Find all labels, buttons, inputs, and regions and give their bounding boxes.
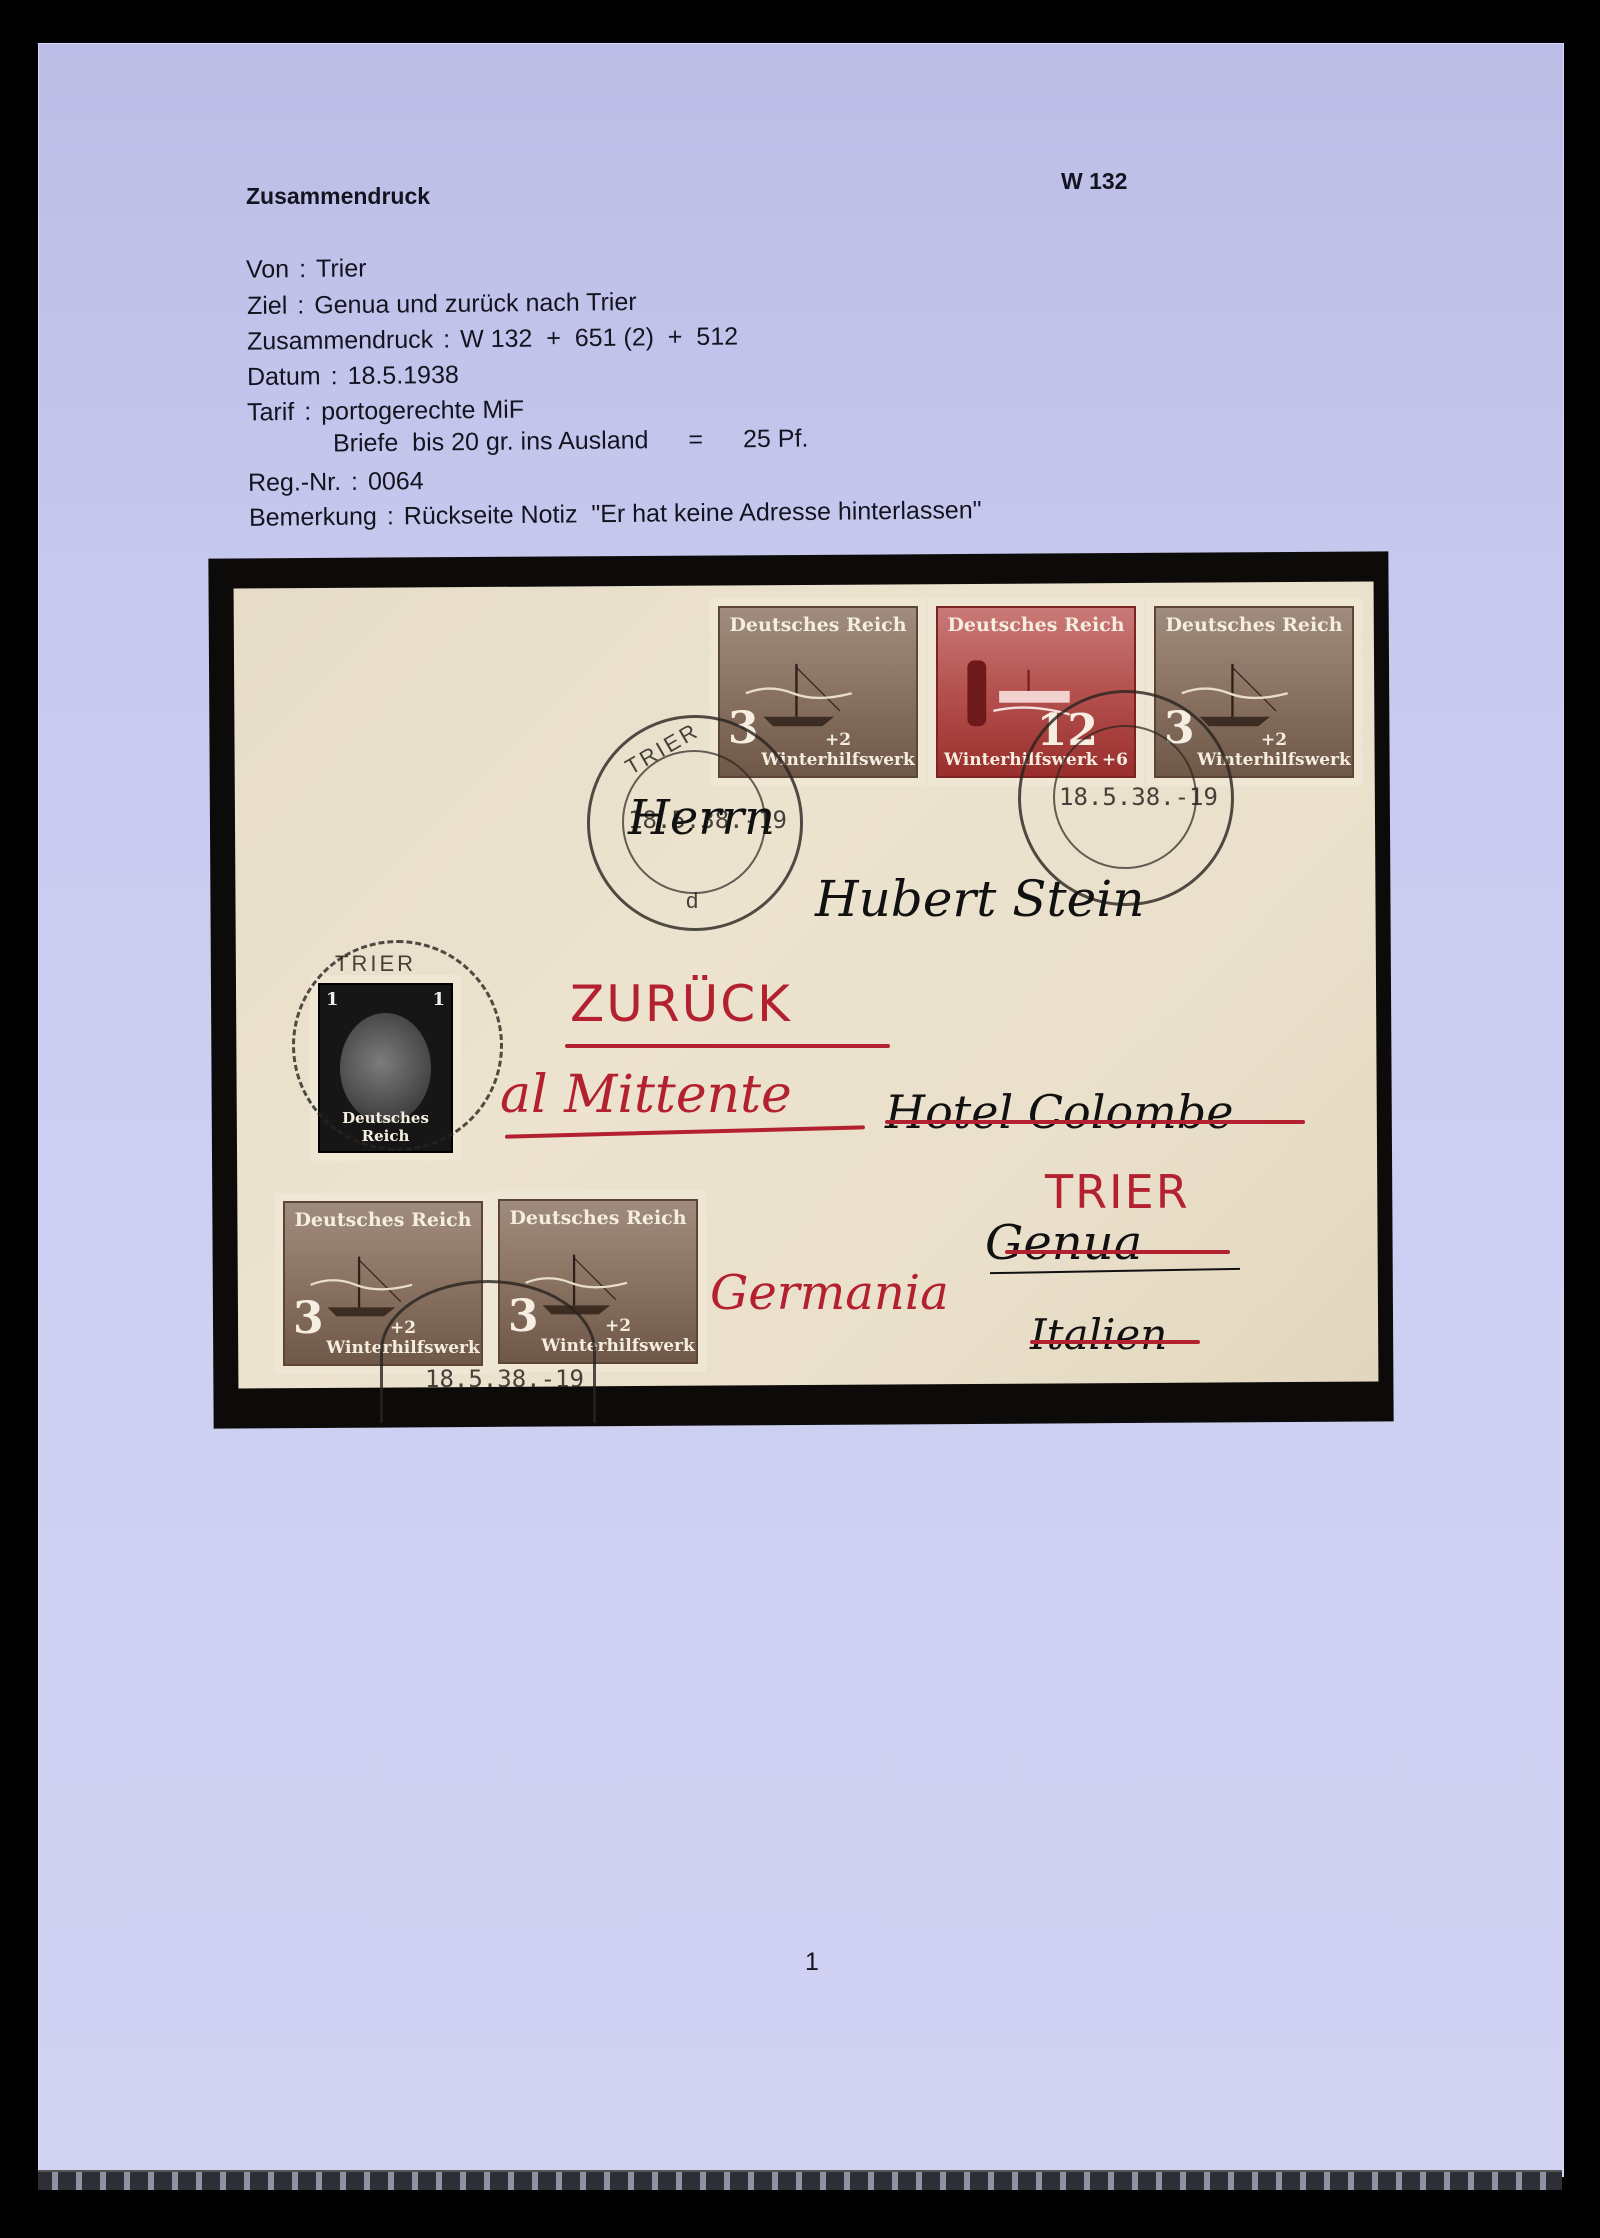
postmark-date: 18.5.38.-19 — [425, 1365, 584, 1393]
address-country: Italien — [1030, 1310, 1167, 1359]
country-strikethrough — [1030, 1340, 1200, 1344]
stamp-value: 3 — [293, 1293, 324, 1344]
hotel-strikethrough — [885, 1120, 1305, 1124]
postmark-trier-4: 18.5.38.-19 — [380, 1280, 596, 1423]
city-strikethrough — [1005, 1250, 1230, 1254]
page-heading: Zusammendruck — [246, 183, 430, 210]
field-reg-nr: Reg.-Nr.:0064 — [248, 467, 424, 498]
sleeve-edge — [38, 2170, 1562, 2190]
stamp-country: Deutsches Reich — [500, 1207, 696, 1229]
stamp-country: Deutsches Reich — [938, 614, 1134, 636]
address-salutation: Herrn — [628, 790, 775, 846]
page-number: 1 — [805, 1948, 819, 1977]
return-mark-zuruck: ZURÜCK — [570, 975, 792, 1033]
field-datum: Datum:18.5.1938 — [247, 361, 459, 392]
field-ziel: Ziel:Genua und zurück nach Trier — [247, 288, 637, 321]
field-von: Von:Trier — [246, 254, 367, 284]
return-mark-trier: TRIER — [1045, 1165, 1190, 1219]
stamp-country: Deutsches Reich — [720, 614, 916, 636]
postmark-code: d — [686, 888, 701, 914]
tariff-detail: Briefe bis 20 gr. ins Ausland=25 Pf. — [333, 425, 809, 459]
return-mark-mittente: al Mittente — [500, 1065, 792, 1125]
field-zusammendruck: Zusammendruck:W 132 + 651 (2) + 512 — [247, 322, 738, 356]
address-name: Hubert Stein — [815, 870, 1144, 928]
field-tarif: Tarif:portogerechte MiF — [247, 396, 524, 428]
address-hotel: Hotel Colombe — [885, 1085, 1233, 1139]
return-mark-germania: Germania — [710, 1265, 949, 1321]
stamp-country: Deutsches Reich — [285, 1209, 481, 1231]
address-city: Genua — [985, 1215, 1142, 1271]
zuruck-underline — [565, 1044, 890, 1048]
stamp-country: Deutsches Reich — [1156, 614, 1352, 636]
catalog-number: W 132 — [1061, 168, 1127, 195]
postmark-city: TRIER — [335, 951, 416, 977]
postmark-date: 18.5.38.-19 — [1059, 783, 1218, 811]
postmark-trier-3: TRIER — [292, 940, 503, 1151]
